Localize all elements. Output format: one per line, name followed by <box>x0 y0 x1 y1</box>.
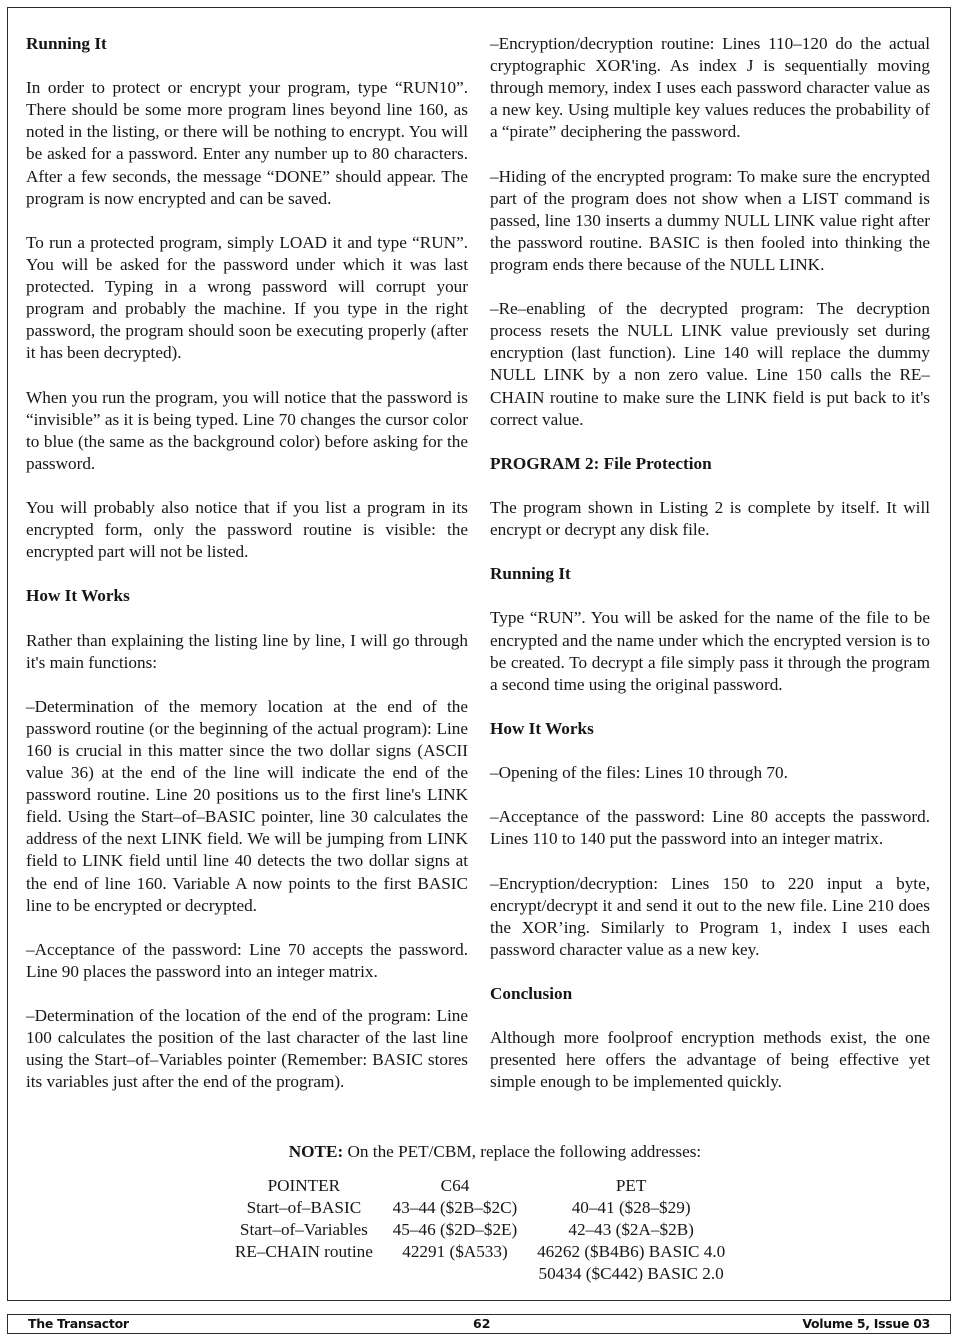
footer-issue: Volume 5, Issue 03 <box>802 1315 930 1332</box>
paragraph: You will probably also notice that if yo… <box>26 497 468 563</box>
table-cell: 45–46 ($2D–$2E) <box>378 1219 533 1241</box>
table-cell: 42–43 ($2A–$2B) <box>532 1219 730 1241</box>
table-cell: Start–of–BASIC <box>230 1197 378 1219</box>
table-cell <box>378 1263 533 1285</box>
note-label: NOTE: <box>289 1142 343 1161</box>
paragraph: In order to protect or encrypt your prog… <box>26 77 468 210</box>
heading-running-it: Running It <box>26 33 468 55</box>
paragraph: –Hiding of the encrypted program: To mak… <box>490 166 930 276</box>
table-header: C64 <box>378 1175 533 1197</box>
paragraph: Rather than explaining the listing line … <box>26 630 468 674</box>
table-cell: 40–41 ($28–$29) <box>532 1197 730 1219</box>
heading-program-2: PROGRAM 2: File Protection <box>490 453 930 475</box>
note-block: NOTE: On the PET/CBM, replace the follow… <box>230 1141 730 1286</box>
table-cell <box>230 1263 378 1285</box>
note-line: NOTE: On the PET/CBM, replace the follow… <box>260 1141 730 1163</box>
paragraph: To run a protected program, simply LOAD … <box>26 232 468 365</box>
heading-running-it: Running It <box>490 563 930 585</box>
page-footer: The Transactor 62 Volume 5, Issue 03 <box>7 1314 951 1334</box>
paragraph: –Encryption/decryption: Lines 150 to 220… <box>490 873 930 961</box>
paragraph: Although more foolproof encryption metho… <box>490 1027 930 1093</box>
paragraph: –Acceptance of the password: Line 80 acc… <box>490 806 930 850</box>
table-cell: RE–CHAIN routine <box>230 1241 378 1263</box>
table-row: RE–CHAIN routine 42291 ($A533) 46262 ($B… <box>230 1241 730 1263</box>
paragraph: When you run the program, you will notic… <box>26 387 468 475</box>
table-row: Start–of–Variables 45–46 ($2D–$2E) 42–43… <box>230 1219 730 1241</box>
heading-how-it-works: How It Works <box>490 718 930 740</box>
table-cell: 43–44 ($2B–$2C) <box>378 1197 533 1219</box>
table-cell: 46262 ($B4B6) BASIC 4.0 <box>532 1241 730 1263</box>
paragraph: –Re–enabling of the decrypted program: T… <box>490 298 930 431</box>
paragraph: –Determination of the memory location at… <box>26 696 468 917</box>
right-column: –Encryption/decryption routine: Lines 11… <box>490 33 930 1116</box>
paragraph: Type “RUN”. You will be asked for the na… <box>490 607 930 695</box>
note-text: On the PET/CBM, replace the following ad… <box>343 1142 701 1161</box>
paragraph: –Determination of the location of the en… <box>26 1005 468 1093</box>
paragraph: The program shown in Listing 2 is comple… <box>490 497 930 541</box>
footer-page-number: 62 <box>473 1315 490 1332</box>
table-header: PET <box>532 1175 730 1197</box>
footer-publication: The Transactor <box>28 1315 129 1332</box>
table-cell: 42291 ($A533) <box>378 1241 533 1263</box>
left-column: Running It In order to protect or encryp… <box>26 33 468 1116</box>
paragraph: –Opening of the files: Lines 10 through … <box>490 762 930 784</box>
table-header-row: POINTER C64 PET <box>230 1175 730 1197</box>
table-cell: 50434 ($C442) BASIC 2.0 <box>532 1263 730 1285</box>
table-row: Start–of–BASIC 43–44 ($2B–$2C) 40–41 ($2… <box>230 1197 730 1219</box>
heading-conclusion: Conclusion <box>490 983 930 1005</box>
address-table: POINTER C64 PET Start–of–BASIC 43–44 ($2… <box>230 1175 730 1285</box>
paragraph: –Encryption/decryption routine: Lines 11… <box>490 33 930 143</box>
paragraph: –Acceptance of the password: Line 70 acc… <box>26 939 468 983</box>
table-cell: Start–of–Variables <box>230 1219 378 1241</box>
table-row: 50434 ($C442) BASIC 2.0 <box>230 1263 730 1285</box>
heading-how-it-works: How It Works <box>26 585 468 607</box>
table-header: POINTER <box>230 1175 378 1197</box>
